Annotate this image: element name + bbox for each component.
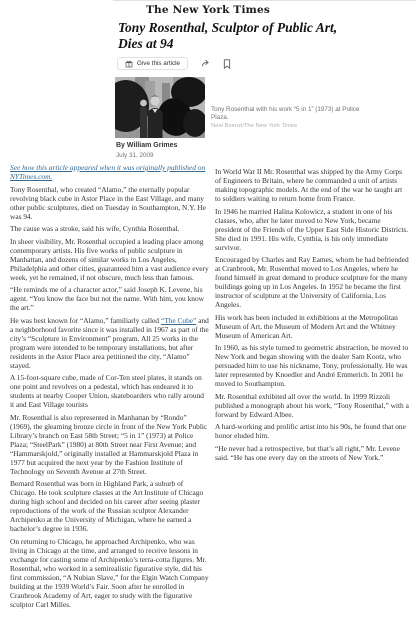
nyt-logo[interactable]: The New York Times xyxy=(0,4,416,16)
give-this-article-button[interactable]: Give this article xyxy=(117,57,188,70)
give-button-label: Give this article xyxy=(137,60,180,67)
gift-icon xyxy=(125,60,133,68)
paragraph: Bernard Rosenthal was born in Highland P… xyxy=(10,479,209,533)
publish-date: July 31, 2009 xyxy=(116,152,177,159)
byline-block: By William Grimes July 31, 2009 xyxy=(116,142,177,159)
archive-link-paragraph: See how this article appeared when it wa… xyxy=(10,163,209,181)
paragraph-with-link: He was best known for “Alamo,” familiarl… xyxy=(10,316,209,370)
article-photo xyxy=(115,77,205,138)
share-icon xyxy=(201,59,210,68)
paragraph: Mr. Rosenthal exhibited all over the wor… xyxy=(215,392,409,419)
paragraph: In sheer visibility, Mr. Rosenthal occup… xyxy=(10,237,209,282)
article-column-right: In World War II Mr. Rosenthal was shippe… xyxy=(215,167,409,465)
article-toolbar: Give this article xyxy=(117,57,231,70)
paragraph: Encouraged by Charles and Ray Eames, who… xyxy=(215,255,409,309)
paragraph: “He never had a retrospective, but that’… xyxy=(215,444,409,462)
paragraph: Mr. Rosenthal is also represented in Man… xyxy=(10,413,209,476)
photo-credit: Neal Boenzi/The New York Times xyxy=(211,123,363,130)
share-button[interactable] xyxy=(201,59,210,68)
paragraph: In 1960, as his style turned to geometri… xyxy=(215,343,409,388)
top-divider xyxy=(113,0,416,1)
paragraph: A hard-working and prolific artist into … xyxy=(215,422,409,440)
photo-caption-text: Tony Rosenthal with his work “5 in 1” (1… xyxy=(211,106,363,122)
byline-author: By William Grimes xyxy=(116,142,177,149)
archive-version-link[interactable]: See how this article appeared when it wa… xyxy=(10,163,205,181)
paragraph: “He reminds me of a character actor,” sa… xyxy=(10,285,209,312)
bookmark-button[interactable] xyxy=(223,59,231,69)
paragraph-text: and a neighborhood favorite since it was… xyxy=(10,316,209,370)
bookmark-icon xyxy=(223,59,231,69)
article-headline: Tony Rosenthal, Sculptor of Public Art, … xyxy=(118,20,356,52)
paragraph: In World War II Mr. Rosenthal was shippe… xyxy=(215,167,409,203)
photo-caption: Tony Rosenthal with his work “5 in 1” (1… xyxy=(211,106,363,130)
paragraph: In 1946 he married Halina Kolowicz, a st… xyxy=(215,207,409,252)
paragraph-text: He was best known for “Alamo,” familiarl… xyxy=(10,316,161,325)
article-page: The New York Times Tony Rosenthal, Sculp… xyxy=(0,0,416,640)
the-cube-link[interactable]: “The Cube” xyxy=(161,316,197,325)
paragraph: On returning to Chicago, he approached A… xyxy=(10,537,209,609)
paragraph: The cause was a stroke, said his wife, C… xyxy=(10,224,209,233)
paragraph: His work has been included in exhibition… xyxy=(215,313,409,340)
paragraph: Tony Rosenthal, who created “Alamo,” the… xyxy=(10,185,209,221)
paragraph: A 15-foot-square cube, made of Cor-Ten s… xyxy=(10,373,209,409)
article-column-left: See how this article appeared when it wa… xyxy=(10,163,209,612)
